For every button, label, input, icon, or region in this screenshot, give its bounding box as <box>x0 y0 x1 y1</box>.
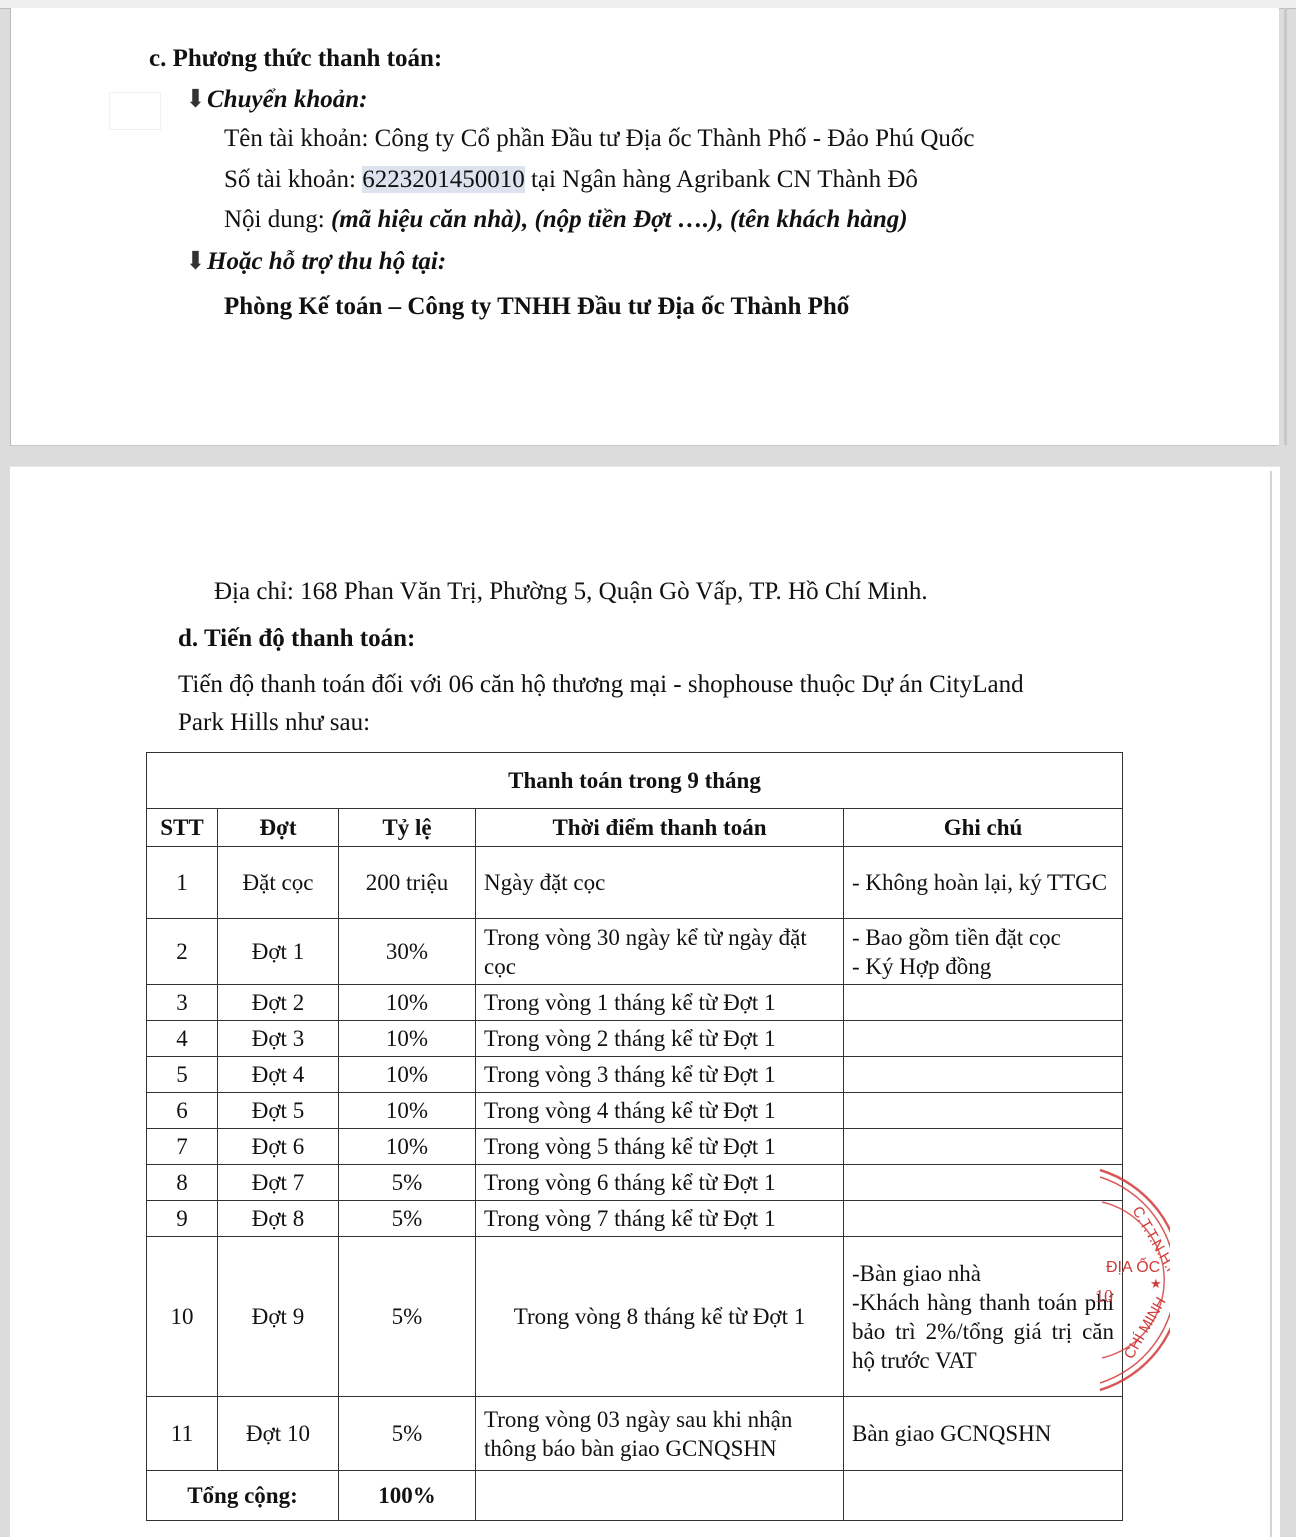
header-dot: Đợt <box>218 809 339 847</box>
cell-thoi-diem: Trong vòng 4 tháng kể từ Đợt 1 <box>476 1093 844 1129</box>
down-arrow-bullet-icon: ⬇︎ <box>185 85 207 115</box>
cell-dot: Đợt 5 <box>218 1093 339 1129</box>
cell-thoi-diem: Trong vòng 7 tháng kể từ Đợt 1 <box>476 1201 844 1237</box>
cell-thoi-diem: Trong vòng 03 ngày sau khi nhận thông bá… <box>476 1397 844 1471</box>
cell-dot: Đợt 10 <box>218 1397 339 1471</box>
section-d-intro-1: Tiến độ thanh toán đối với 06 căn hộ thư… <box>178 670 1024 700</box>
cell-ghi-chu <box>844 1021 1123 1057</box>
cell-dot: Đặt cọc <box>218 847 339 919</box>
collection-label: Hoặc hỗ trợ thu hộ tại: <box>207 248 446 275</box>
cell-ghi-chu: - Không hoàn lại, ký TTGC <box>844 847 1123 919</box>
total-empty-cell <box>476 1471 844 1521</box>
table-row: 3Đợt 210%Trong vòng 1 tháng kể từ Đợt 1 <box>147 985 1123 1021</box>
table-row: 5Đợt 410%Trong vòng 3 tháng kể từ Đợt 1 <box>147 1057 1123 1093</box>
cell-stt: 8 <box>147 1165 218 1201</box>
down-arrow-bullet-icon: ⬇︎ <box>185 247 207 277</box>
cell-stt: 1 <box>147 847 218 919</box>
table-row: 4Đợt 310%Trong vòng 2 tháng kể từ Đợt 1 <box>147 1021 1123 1057</box>
cell-dot: Đợt 3 <box>218 1021 339 1057</box>
table-row: 1Đặt cọc200 triệuNgày đặt cọc- Không hoà… <box>147 847 1123 919</box>
table-row: 7Đợt 610%Trong vòng 5 tháng kể từ Đợt 1 <box>147 1129 1123 1165</box>
content-value: (mã hiệu căn nhà), (nộp tiền Đợt ….), (t… <box>331 206 908 233</box>
table-row: 11Đợt 105%Trong vòng 03 ngày sau khi nhậ… <box>147 1397 1123 1471</box>
cell-ty-le: 10% <box>339 985 476 1021</box>
header-ty-le: Tỷ lệ <box>339 809 476 847</box>
transfer-content-line: Nội dung: (mã hiệu căn nhà), (nộp tiền Đ… <box>224 205 908 235</box>
content-label: Nội dung: <box>224 206 331 233</box>
document-page-1: c. Phương thức thanh toán: ⬇︎Chuyển khoả… <box>10 8 1279 446</box>
faint-image-placeholder <box>109 92 161 130</box>
table-row: 10Đợt 95%Trong vòng 8 tháng kể từ Đợt 1-… <box>147 1237 1123 1397</box>
cell-ghi-chu <box>844 1093 1123 1129</box>
header-ghi-chu: Ghi chú <box>844 809 1123 847</box>
table-row: 6Đợt 510%Trong vòng 4 tháng kể từ Đợt 1 <box>147 1093 1123 1129</box>
transfer-item: ⬇︎Chuyển khoản: <box>185 85 367 115</box>
cell-ghi-chu <box>844 1057 1123 1093</box>
cell-stt: 9 <box>147 1201 218 1237</box>
cell-stt: 5 <box>147 1057 218 1093</box>
section-c-heading: c. Phương thức thanh toán: <box>149 44 442 74</box>
cell-thoi-diem: Ngày đặt cọc <box>476 847 844 919</box>
transfer-label: Chuyển khoản: <box>207 86 367 113</box>
cell-ty-le: 5% <box>339 1237 476 1397</box>
cell-ghi-chu <box>844 1165 1123 1201</box>
account-number-line: Số tài khoản: 6223201450010 tại Ngân hàn… <box>224 165 918 195</box>
cell-ty-le: 200 triệu <box>339 847 476 919</box>
table-title: Thanh toán trong 9 tháng <box>147 753 1123 809</box>
cell-stt: 7 <box>147 1129 218 1165</box>
address-line: Địa chỉ: 168 Phan Văn Trị, Phường 5, Quậ… <box>214 577 928 607</box>
account-number-label: Số tài khoản: <box>224 166 362 193</box>
cell-ghi-chu <box>844 1129 1123 1165</box>
total-label: Tổng cộng: <box>147 1471 339 1521</box>
cell-ty-le: 5% <box>339 1165 476 1201</box>
cell-dot: Đợt 9 <box>218 1237 339 1397</box>
cell-stt: 10 <box>147 1237 218 1397</box>
cell-ghi-chu <box>844 985 1123 1021</box>
cell-ty-le: 5% <box>339 1397 476 1471</box>
collection-item: ⬇︎Hoặc hỗ trợ thu hộ tại: <box>185 247 446 277</box>
bank-name: tại Ngân hàng Agribank CN Thành Đô <box>525 166 918 193</box>
cell-ty-le: 30% <box>339 919 476 985</box>
header-stt: STT <box>147 809 218 847</box>
cell-ty-le: 10% <box>339 1021 476 1057</box>
cell-thoi-diem: Trong vòng 30 ngày kể từ ngày đặt cọc <box>476 919 844 985</box>
total-empty-cell <box>844 1471 1123 1521</box>
cell-thoi-diem: Trong vòng 8 tháng kể từ Đợt 1 <box>476 1237 844 1397</box>
cell-ty-le: 10% <box>339 1129 476 1165</box>
cell-dot: Đợt 6 <box>218 1129 339 1165</box>
cell-ghi-chu: - Bao gồm tiền đặt cọc - Ký Hợp đồng <box>844 919 1123 985</box>
payment-schedule-table: Thanh toán trong 9 tháng STT Đợt Tỷ lệ T… <box>146 752 1123 1521</box>
cell-stt: 11 <box>147 1397 218 1471</box>
table-row: 9Đợt 85%Trong vòng 7 tháng kể từ Đợt 1 <box>147 1201 1123 1237</box>
cell-ty-le: 5% <box>339 1201 476 1237</box>
collection-place: Phòng Kế toán – Công ty TNHH Đầu tư Địa … <box>224 292 849 322</box>
cell-thoi-diem: Trong vòng 3 tháng kể từ Đợt 1 <box>476 1057 844 1093</box>
cell-ghi-chu: -Bàn giao nhà -Khách hàng thanh toán phí… <box>844 1237 1123 1397</box>
total-row: Tổng cộng: 100% <box>147 1471 1123 1521</box>
cell-dot: Đợt 2 <box>218 985 339 1021</box>
cell-thoi-diem: Trong vòng 6 tháng kể từ Đợt 1 <box>476 1165 844 1201</box>
cell-dot: Đợt 4 <box>218 1057 339 1093</box>
cell-ghi-chu: Bàn giao GCNQSHN <box>844 1397 1123 1471</box>
cell-thoi-diem: Trong vòng 1 tháng kể từ Đợt 1 <box>476 985 844 1021</box>
table-header-row: STT Đợt Tỷ lệ Thời điểm thanh toán Ghi c… <box>147 809 1123 847</box>
cell-stt: 4 <box>147 1021 218 1057</box>
header-thoi-diem: Thời điểm thanh toán <box>476 809 844 847</box>
cell-stt: 3 <box>147 985 218 1021</box>
account-name: Tên tài khoản: Công ty Cổ phần Đầu tư Đị… <box>224 124 974 154</box>
account-number: 6223201450010 <box>362 166 525 193</box>
cell-ty-le: 10% <box>339 1093 476 1129</box>
cell-thoi-diem: Trong vòng 5 tháng kể từ Đợt 1 <box>476 1129 844 1165</box>
cell-dot: Đợt 8 <box>218 1201 339 1237</box>
cell-ghi-chu <box>844 1201 1123 1237</box>
table-row: 8Đợt 75%Trong vòng 6 tháng kể từ Đợt 1 <box>147 1165 1123 1201</box>
cell-stt: 6 <box>147 1093 218 1129</box>
cell-stt: 2 <box>147 919 218 985</box>
table-row: 2Đợt 130%Trong vòng 30 ngày kể từ ngày đ… <box>147 919 1123 985</box>
total-value: 100% <box>339 1471 476 1521</box>
cell-thoi-diem: Trong vòng 2 tháng kể từ Đợt 1 <box>476 1021 844 1057</box>
section-d-heading: d. Tiến độ thanh toán: <box>178 624 415 654</box>
cell-ty-le: 10% <box>339 1057 476 1093</box>
cell-dot: Đợt 7 <box>218 1165 339 1201</box>
section-d-intro-2: Park Hills như sau: <box>178 708 370 738</box>
cell-dot: Đợt 1 <box>218 919 339 985</box>
table-title-row: Thanh toán trong 9 tháng <box>147 753 1123 809</box>
